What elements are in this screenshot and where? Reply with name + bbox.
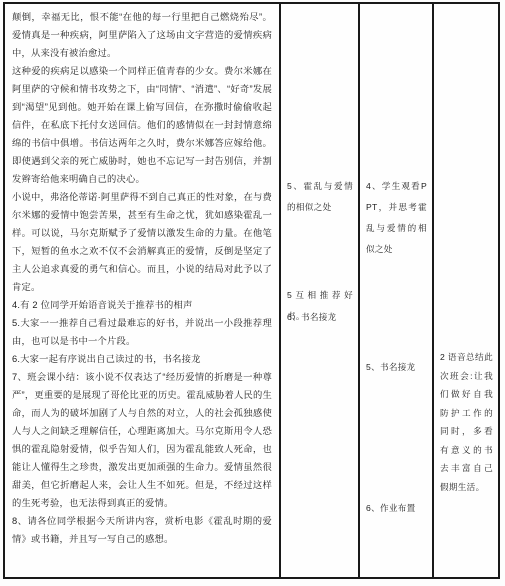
teaching-process-paragraph: 这种爱的疾病足以感染一个同样正值青春的少女。费尔米娜在阿里萨的守候和情书攻势之下… xyxy=(12,62,272,188)
teaching-process-paragraph: 6.大家一起有序说出自己读过的书，书名接龙 xyxy=(12,350,272,368)
table-cell-teaching-process: 颠倒，幸福无比，恨不能“在他的每一行里把自己燃烧殆尽”。爱情真是一种疾病，阿里萨… xyxy=(5,4,279,577)
teaching-process-paragraph: 5.大家一一推荐自己看过最难忘的好书，并说出一小段推荐理由，也可以是书中一个片段… xyxy=(12,314,272,350)
teaching-process-paragraph: 小说中，弗洛伦蒂诺·阿里萨得不到自己真正的性对象，在与费尔米娜的爱情中饱尝苦果，… xyxy=(12,188,272,296)
table-cell-column4: 2 语音总结此次班会:让我们做好自我防护工作的同时，多看有意义的书去丰富自己假期… xyxy=(432,4,498,577)
column2-item: 5、霍乱与爱情的相似之处 xyxy=(287,176,353,218)
teaching-process-paragraph: 4.有 2 位同学开始语音说关于推荐书的相声 xyxy=(12,296,272,314)
lesson-plan-table: 颠倒，幸福无比，恨不能“在他的每一行里把自己燃烧殆尽”。爱情真是一种疾病，阿里萨… xyxy=(3,2,500,579)
table-cell-column2: 5、霍乱与爱情的相似之处 5互相推荐好书。 6、书名接龙 xyxy=(279,4,358,577)
teaching-process-paragraph: 颠倒，幸福无比，恨不能“在他的每一行里把自己燃烧殆尽”。爱情真是一种疾病，阿里萨… xyxy=(12,8,272,62)
teaching-process-paragraph: 7、班会课小结：该小说不仅表达了“经历爱情的折磨是一种尊严”，更重要的是展现了哥… xyxy=(12,368,272,512)
lesson-plan-document-page: 颠倒，幸福无比，恨不能“在他的每一行里把自己燃烧殆尽”。爱情真是一种疾病，阿里萨… xyxy=(0,0,505,586)
column3-item: 6、作业布置 xyxy=(366,498,427,519)
column2-item: 6、书名接龙 xyxy=(287,307,353,328)
teaching-process-paragraph: 8、请各位同学根据今天所讲内容，赏析电影《霍乱时期的爱情》或书籍，并且写一写自己… xyxy=(12,512,272,548)
column3-item: 4、学生观看PPT，并思考霍乱与爱情的相似之处 xyxy=(366,176,427,260)
column3-item: 5、书名接龙 xyxy=(366,357,427,378)
column4-item: 2 语音总结此次班会:让我们做好自我防护工作的同时，多看有意义的书去丰富自己假期… xyxy=(440,348,493,496)
table-cell-column3: 4、学生观看PPT，并思考霍乱与爱情的相似之处 5、书名接龙 6、作业布置 xyxy=(358,4,432,577)
